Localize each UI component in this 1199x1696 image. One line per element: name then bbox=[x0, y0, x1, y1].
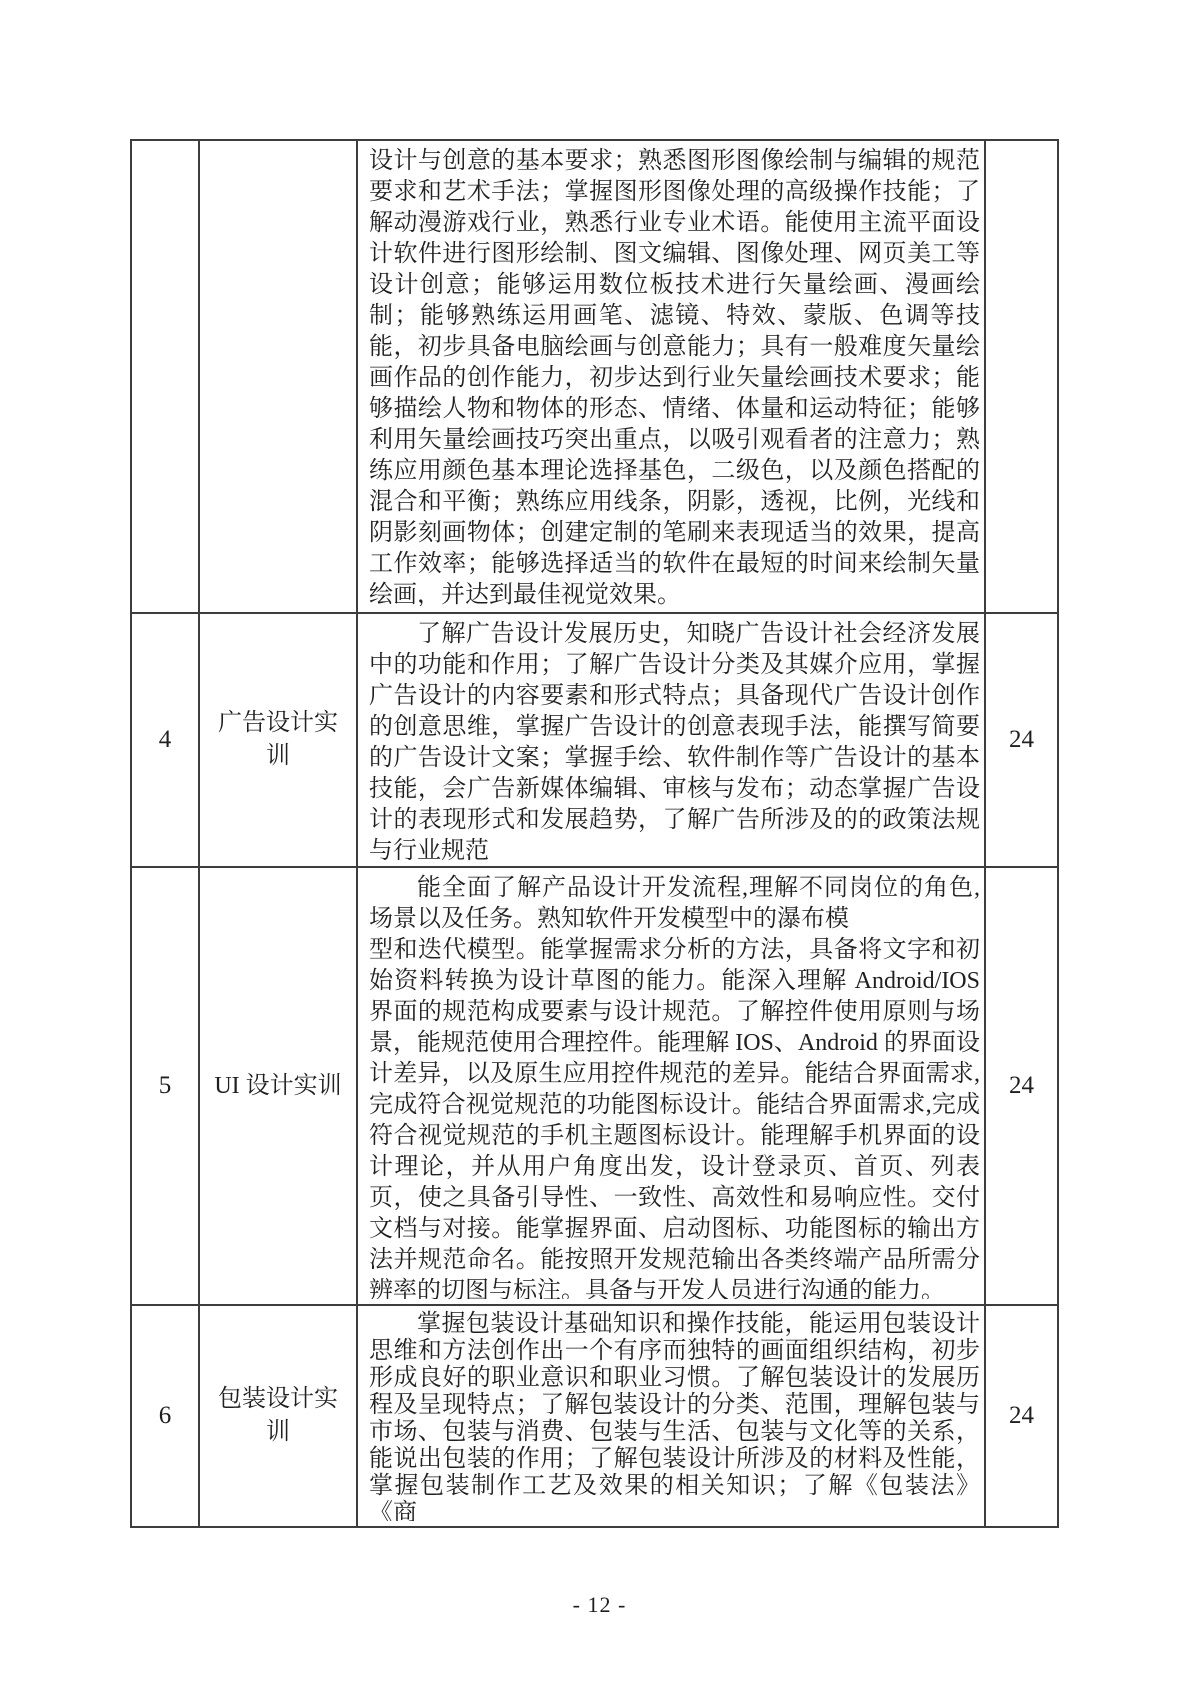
page-number: - 12 - bbox=[0, 1592, 1199, 1618]
course-description-text: 掌握包装设计基础知识和操作技能，能运用包装设计思维和方法创作出一个有序而独特的画… bbox=[358, 1306, 984, 1521]
hours-cell: 24 bbox=[985, 867, 1058, 1305]
course-description-text: 设计与创意的基本要求；熟悉图形图像绘制与编辑的规范要求和艺术手法；掌握图形图像处… bbox=[358, 141, 984, 606]
course-name-cell: 包装设计实 训 bbox=[199, 1305, 357, 1527]
row-number-cell: 6 bbox=[131, 1305, 199, 1527]
hours-cell bbox=[985, 140, 1058, 613]
hours-cell: 24 bbox=[985, 613, 1058, 867]
table-row: 5 UI 设计实训 能全面了解产品设计开发流程,理解不同岗位的角色,场景以及任务… bbox=[131, 867, 1058, 1305]
table-row: 4 广告设计实 训 了解广告设计发展历史，知晓广告设计社会经济发展中的功能和作用… bbox=[131, 613, 1058, 867]
course-name-cell bbox=[199, 140, 357, 613]
course-description-cell: 了解广告设计发展历史，知晓广告设计社会经济发展中的功能和作用；了解广告设计分类及… bbox=[357, 613, 985, 867]
course-description-cell: 能全面了解产品设计开发流程,理解不同岗位的角色,场景以及任务。熟知软件开发模型中… bbox=[357, 867, 985, 1305]
course-description-cell: 掌握包装设计基础知识和操作技能，能运用包装设计思维和方法创作出一个有序而独特的画… bbox=[357, 1305, 985, 1527]
course-table: 设计与创意的基本要求；熟悉图形图像绘制与编辑的规范要求和艺术手法；掌握图形图像处… bbox=[130, 139, 1059, 1528]
course-name-cell: UI 设计实训 bbox=[199, 867, 357, 1305]
hours-cell: 24 bbox=[985, 1305, 1058, 1527]
course-description-text: 能全面了解产品设计开发流程,理解不同岗位的角色,场景以及任务。熟知软件开发模型中… bbox=[358, 868, 984, 1299]
course-name-cell: 广告设计实 训 bbox=[199, 613, 357, 867]
table-row: 设计与创意的基本要求；熟悉图形图像绘制与编辑的规范要求和艺术手法；掌握图形图像处… bbox=[131, 140, 1058, 613]
table-row: 6 包装设计实 训 掌握包装设计基础知识和操作技能，能运用包装设计思维和方法创作… bbox=[131, 1305, 1058, 1527]
row-number-cell: 4 bbox=[131, 613, 199, 867]
document-page: 设计与创意的基本要求；熟悉图形图像绘制与编辑的规范要求和艺术手法；掌握图形图像处… bbox=[0, 0, 1199, 1696]
row-number-cell bbox=[131, 140, 199, 613]
course-description-text: 了解广告设计发展历史，知晓广告设计社会经济发展中的功能和作用；了解广告设计分类及… bbox=[358, 614, 984, 861]
row-number-cell: 5 bbox=[131, 867, 199, 1305]
course-description-cell: 设计与创意的基本要求；熟悉图形图像绘制与编辑的规范要求和艺术手法；掌握图形图像处… bbox=[357, 140, 985, 613]
